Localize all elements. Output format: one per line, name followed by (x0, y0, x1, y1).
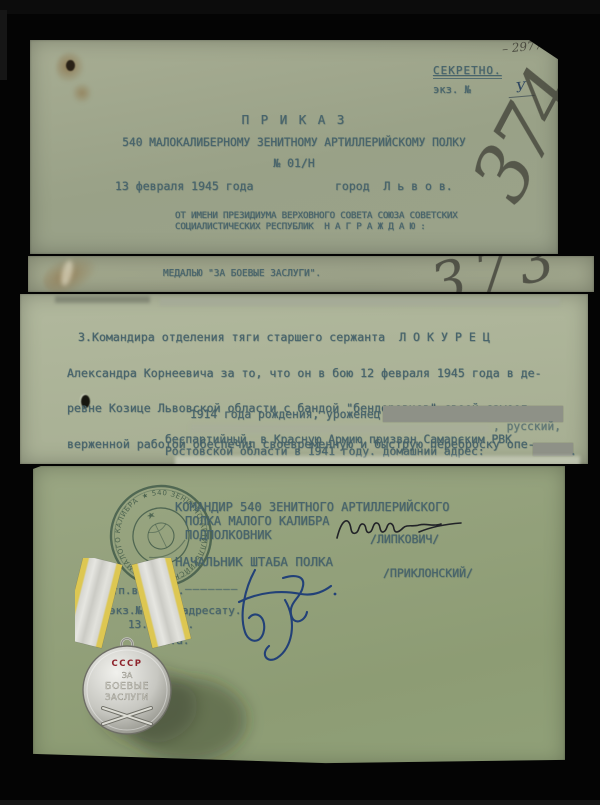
order-date: 13 февраля 1945 года (115, 179, 253, 193)
medal-text-line-3: ЗАСЛУГИ (105, 693, 149, 703)
citation-line: 3.Командира отделения тяги старшего серж… (67, 332, 542, 344)
medal-ribbon (75, 558, 191, 648)
paper-hole (66, 60, 75, 71)
overexposed-scan-band (175, 456, 580, 464)
chief-typed-name: /ПРИКЛОНСКИЙ/ (383, 566, 473, 580)
order-city: город Л ь в о в. (335, 179, 453, 193)
document-strip-citation: 3.Командира отделения тяги старшего серж… (20, 294, 588, 464)
citation-line: Александра Корнеевича за то, что он в бо… (67, 368, 542, 380)
medal-disc: СССР ЗА БОЕВЫЕ ЗАСЛУГИ (83, 646, 171, 734)
order-number: № 01/Н (30, 156, 558, 170)
awarding-preamble-line-1: ОТ ИМЕНИ ПРЕЗИДИУМА ВЕРХОВНОГО СОВЕТА СО… (175, 210, 458, 221)
redaction-box-address (533, 443, 573, 456)
commander-rank: ПОДПОЛКОВНИК (185, 528, 272, 542)
handwritten-registration-number: – 2977 (501, 40, 543, 56)
secret-classification-label: СЕКРЕТНО. (433, 64, 502, 79)
medal-country-text: СССР (112, 659, 143, 669)
awarding-preamble-line-2: СОЦИАЛИСТИЧЕСКИХ РЕСПУБЛИК Н А Г Р А Ж Д… (175, 221, 426, 232)
scanned-award-order-photo: – 2977 СЕКРЕТНО. экз. № У 374 П Р И К А … (0, 0, 600, 805)
medal-text-line-2: БОЕВЫЕ (105, 681, 149, 692)
document-strip-medal-name: МЕДАЛЬЮ "ЗА БОЕВЫЕ ЗАСЛУГИ". 373 (28, 256, 594, 292)
document-strip-signatures: ★ 540 ЗЕНИТНО-АРТИЛЛЕРИЙСКИЙ ПОЛК МАЛОГО… (33, 466, 565, 764)
birth-year-line: 1914 года рождения, уроженец (190, 408, 380, 421)
document-strip-header: – 2977 СЕКРЕТНО. экз. № У 374 П Р И К А … (30, 40, 558, 254)
copy-number-label: экз. № (433, 84, 471, 96)
nationality-text: , русский, (493, 420, 561, 433)
medal-text-line-1: ЗА (122, 671, 133, 680)
order-title: П Р И К А З (30, 112, 558, 127)
smudged-text-artifact (160, 298, 560, 306)
pencil-sheet-number: 373 (425, 256, 568, 292)
medal-name-line: МЕДАЛЬЮ "ЗА БОЕВЫЕ ЗАСЛУГИ". (163, 268, 321, 279)
regiment-name-line: 540 МАЛОКАЛИБЕРНОМУ ЗЕНИТНОМУ АРТИЛЛЕРИЙ… (30, 136, 558, 149)
paper-stain (72, 82, 92, 104)
smudged-text-artifact (55, 296, 150, 303)
commander-signature-ink (333, 510, 468, 548)
scan-edge-artifact (0, 10, 7, 80)
medal-photo: СССР ЗА БОЕВЫЕ ЗАСЛУГИ (75, 558, 295, 764)
commander-title-line-2: ПОЛКА МАЛОГО КАЛИБРА (185, 514, 330, 528)
